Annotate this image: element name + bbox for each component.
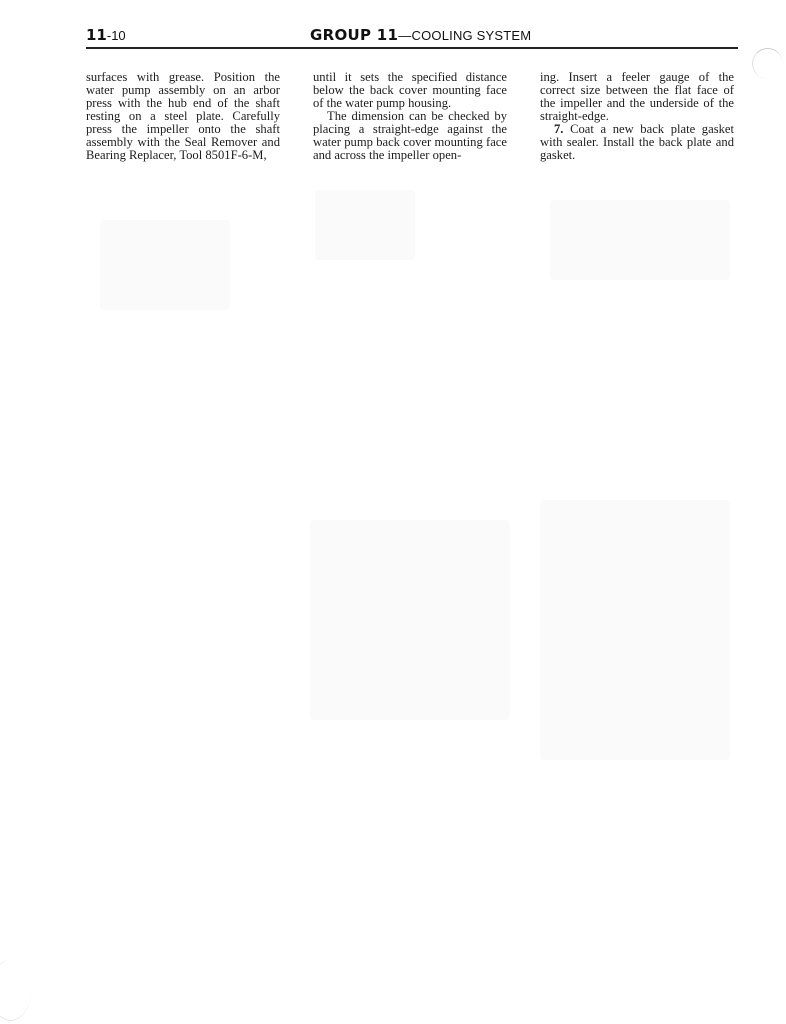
page-number-minor: -10 <box>107 28 126 43</box>
page-curl-mark <box>752 48 783 79</box>
paragraph: surfaces with grease. Position the water… <box>86 71 280 162</box>
paragraph: until it sets the specified distance bel… <box>313 71 507 110</box>
bleed-through-figure <box>540 500 730 760</box>
paragraph: The dimension can be checked by placing … <box>313 110 507 162</box>
step-paragraph: 7. Coat a new back plate gasket with sea… <box>540 123 734 162</box>
page-header: 11-10 GROUP 11—COOLING SYSTEM <box>86 26 738 46</box>
running-title: GROUP 11—COOLING SYSTEM <box>310 26 531 45</box>
header-rule <box>86 47 738 49</box>
text-column-1: surfaces with grease. Position the water… <box>86 71 280 162</box>
group-label: GROUP 11 <box>310 26 398 44</box>
step-number: 7. <box>554 122 563 136</box>
bleed-through-figure <box>550 200 730 280</box>
bleed-through-figure <box>310 520 510 720</box>
bleed-through-figure <box>100 220 230 310</box>
text-column-3: ing. Insert a feeler gauge of the correc… <box>540 71 734 162</box>
bleed-through-figure <box>315 190 415 260</box>
text-column-2: until it sets the specified distance bel… <box>313 71 507 162</box>
step-text: Coat a new back plate gasket with sealer… <box>540 122 734 162</box>
section-title: —COOLING SYSTEM <box>398 28 531 43</box>
page-number: 11-10 <box>86 26 126 45</box>
paragraph: ing. Insert a feeler gauge of the correc… <box>540 71 734 123</box>
page-edge-mark <box>0 960 31 1021</box>
page-number-major: 11 <box>86 26 107 44</box>
